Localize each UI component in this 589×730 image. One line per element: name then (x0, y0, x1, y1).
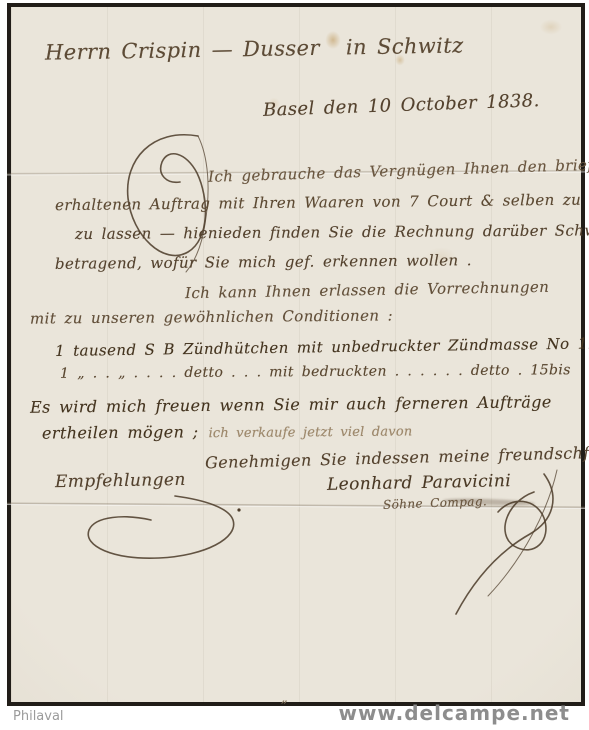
page-mark: „ (281, 691, 288, 706)
signature: Leonhard Paravicini (327, 471, 511, 495)
letter-photo: Herrn Crispin — Dusserin Schwitz Basel d… (7, 3, 585, 706)
recipient-name: Herrn Crispin — Dusser (45, 36, 320, 65)
closing-left: Empfehlungen (55, 470, 186, 492)
faint-pencil-note: ich verkaufe jetzt viel davon (208, 424, 412, 441)
watermark-philaval: Philaval (13, 709, 64, 724)
body-line-6: mit zu unseren gewöhnlichen Conditionen … (30, 306, 393, 327)
body-line-8-text: ertheilen mögen ; (42, 422, 199, 442)
body-line-4: betragend, wofür Sie mich gef. erkennen … (55, 251, 472, 273)
recipient-place: in Schwitz (346, 33, 464, 59)
body-line-8: ertheilen mögen ;ich verkaufe jetzt viel… (42, 420, 413, 442)
watermark-delcampe: www.delcampe.net (338, 701, 570, 725)
body-line-3: zu lassen — hienieden finden Sie die Rec… (75, 221, 589, 243)
